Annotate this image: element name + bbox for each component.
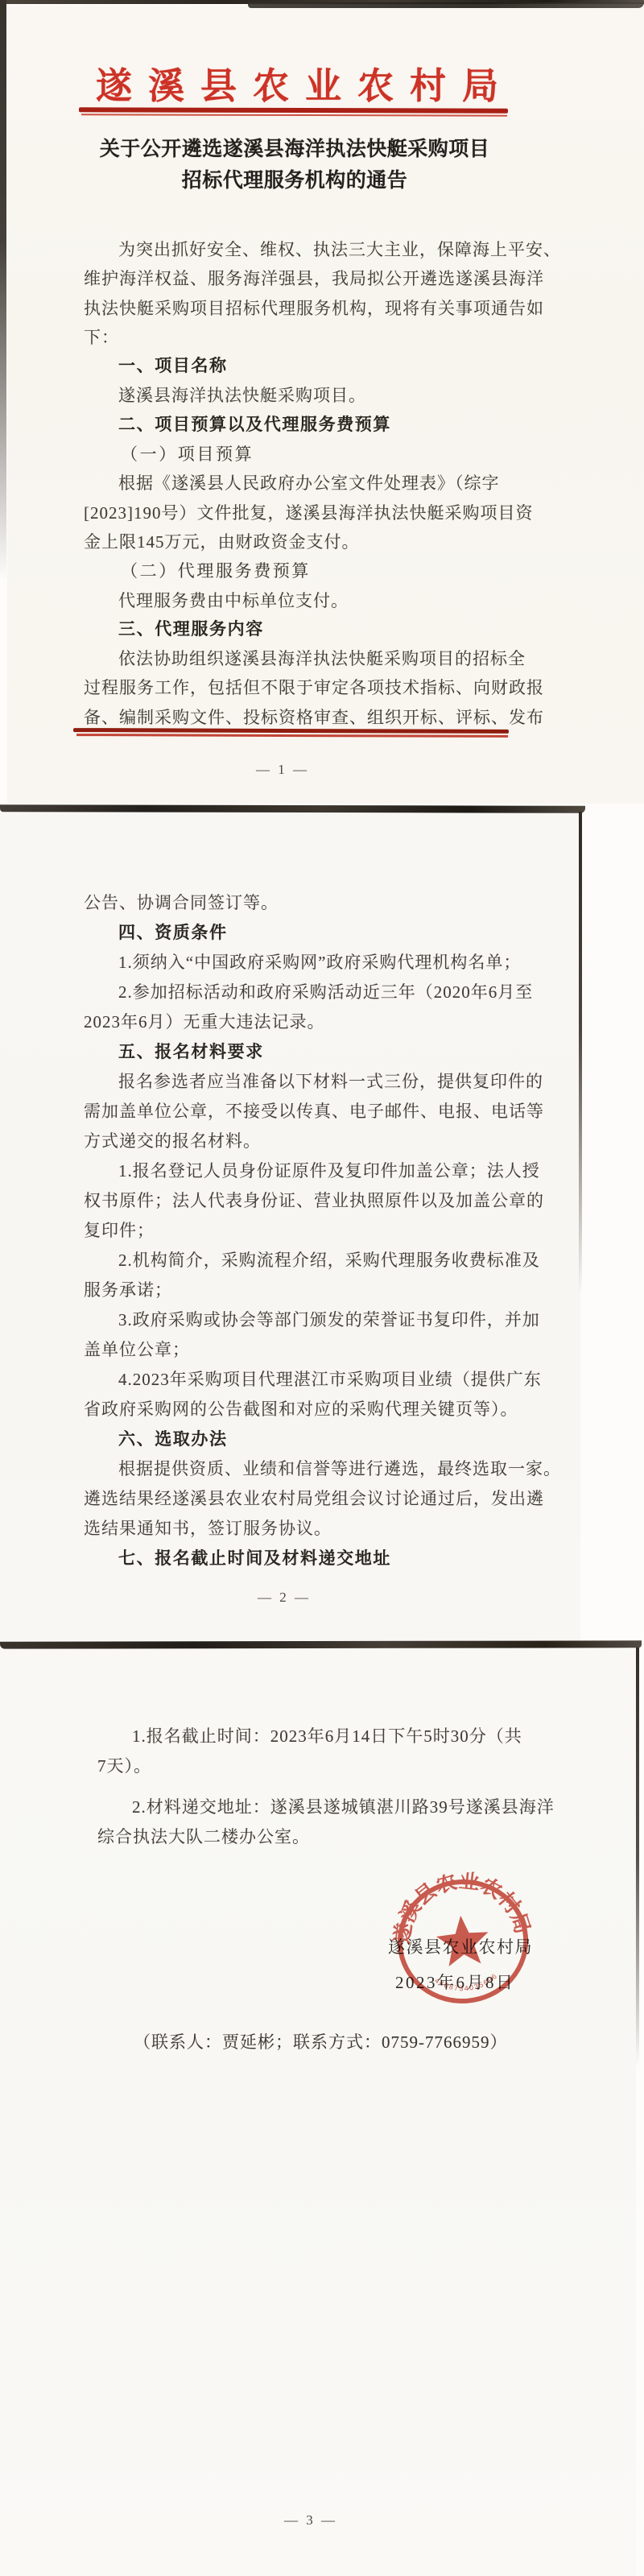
text-line: 报名参选者应当准备以下材料一式三份，提供复印件的: [84, 1067, 512, 1097]
text-line: 需加盖单位公章，不接受以传真、电子邮件、电报、电话等: [84, 1097, 512, 1127]
svg-text:4408734035696: 4408734035696: [433, 1971, 501, 1995]
text-line: 复印件；: [84, 1216, 512, 1246]
seal-graphic: 遂溪县农业农村局 4408734035696: [386, 1867, 539, 2016]
text-line: [2023]190号）文件批复，遂溪县海洋执法快艇采购项目资: [84, 498, 512, 527]
text-line: 2.参加招标活动和政府采购活动近三年（2020年6月至: [84, 978, 512, 1007]
text-line: 代理服务费由中标单位支付。: [84, 586, 512, 615]
scan-edge-right-page3: [636, 1648, 639, 2066]
text-line: 1.报名登记人员身份证原件及复印件加盖公章；法人授: [84, 1156, 512, 1186]
document-title: 关于公开遴选遂溪县海洋执法快艇采购项目 招标代理服务机构的通告: [80, 134, 509, 196]
scanned-document: { "colors": { "header_red": "#cd3226", "…: [0, 0, 644, 2576]
text-line: 金上限145万元，由财政资金支付。: [84, 527, 512, 556]
text-line: 权书原件；法人代表身份证、营业执照原件以及加盖公章的: [84, 1186, 512, 1216]
text-line: 执法快艇采购项目招标代理服务机构，现将有关事项通告如: [84, 294, 512, 323]
text-line: 维护海洋权益、服务海洋强县，我局拟公开遴选遂溪县海洋: [84, 264, 512, 293]
text-line: 2023年6月）无重大违法记录。: [84, 1007, 512, 1037]
text-line: 根据《遂溪县人民政府办公室文件处理表》（综字: [84, 469, 512, 498]
text-line: 遴选结果经遂溪县农业农村局党组会议讨论通过后，发出遴: [84, 1484, 512, 1514]
page1-body-text: 为突出抓好安全、维权、执法三大主业，保障海上平安、维护海洋权益、服务海洋强县，我…: [84, 235, 512, 732]
text-line: 四、资质条件: [84, 918, 512, 948]
text-line: 1.报名截止时间：2023年6月14日下午5时30分（共: [97, 1722, 536, 1751]
seal-star: [435, 1913, 491, 1967]
text-line: 依法协助组织遂溪县海洋执法快艇采购项目的招标全: [84, 644, 512, 673]
text-line: 1.须纳入“中国政府采购网”政府采购代理机构名单；: [84, 948, 512, 978]
text-line: 过程服务工作，包括但不限于审定各项技术指标、向财政报: [84, 673, 512, 702]
document-title-line2: 招标代理服务机构的通告: [80, 165, 509, 196]
text-line: 根据提供资质、业绩和信誉等进行遴选，最终选取一家。: [84, 1454, 512, 1484]
seal-code: 4408734035696: [433, 1971, 501, 1995]
page1-number: — 1 —: [256, 762, 309, 778]
text-line: 综合执法大队二楼办公室。: [97, 1822, 536, 1852]
text-line: 二、项目预算以及代理服务费预算: [84, 411, 512, 440]
scan-edge-right-page2: [579, 812, 582, 1295]
text-line: 六、选取办法: [84, 1424, 512, 1454]
page2-number: — 2 —: [258, 1590, 311, 1606]
text-line: 方式递交的报名材料。: [84, 1127, 512, 1156]
text-line: （一）项目预算: [84, 440, 512, 469]
text-line: （二）代理服务费预算: [84, 556, 512, 585]
text-line: 2.材料递交地址：遂溪县遂城镇湛川路39号遂溪县海洋: [97, 1792, 536, 1822]
text-line: 服务承诺；: [84, 1276, 512, 1305]
text-line: 五、报名材料要求: [84, 1037, 512, 1067]
text-line: 2.机构简介，采购流程介绍，采购代理服务收费标准及: [84, 1246, 512, 1276]
text-line: 为突出抓好安全、维权、执法三大主业，保障海上平安、: [84, 235, 512, 264]
text-line: 一、项目名称: [84, 352, 512, 381]
text-line: 省政府采购网的公告截图和对应的采购代理关键页等）。: [84, 1395, 512, 1424]
text-line: 遂溪县海洋执法快艇采购项目。: [84, 381, 512, 410]
page-boundary-2-3: [0, 1640, 642, 1648]
agency-letterhead: 遂溪县农业农村局: [0, 56, 610, 109]
document-title-line1: 关于公开遴选遂溪县海洋执法快艇采购项目: [80, 134, 509, 165]
page3-number: — 3 —: [284, 2512, 337, 2528]
text-line: 3.政府采购或协会等部门颁发的荣誉证书复印件，并加: [84, 1305, 512, 1335]
page-boundary-1-2: [0, 804, 585, 813]
official-seal: 遂溪县农业农村局 4408734035696: [386, 1867, 539, 2016]
text-line: 4.2023年采购项目代理湛江市采购项目业绩（提供广东: [84, 1365, 512, 1395]
text-line: 7天）。: [97, 1751, 536, 1781]
scan-edge-top-right: [248, 2, 644, 8]
text-line: 下：: [84, 323, 512, 352]
text-line: 七、报名截止时间及材料递交地址: [84, 1544, 512, 1573]
text-line: 公告、协调合同签订等。: [84, 888, 512, 918]
text-line: 选结果通知书，签订服务协议。: [84, 1514, 512, 1544]
text-line: 三、代理服务内容: [84, 615, 512, 644]
page2-body-text: 公告、协调合同签订等。四、资质条件1.须纳入“中国政府采购网”政府采购代理机构名…: [84, 888, 512, 1573]
page3-body-text: 1.报名截止时间：2023年6月14日下午5时30分（共7天）。2.材料递交地址…: [97, 1722, 536, 1852]
contact-info: （联系人：贾延彬；联系方式：0759-7766959）: [134, 2029, 508, 2053]
text-line: 盖单位公章；: [84, 1335, 512, 1365]
